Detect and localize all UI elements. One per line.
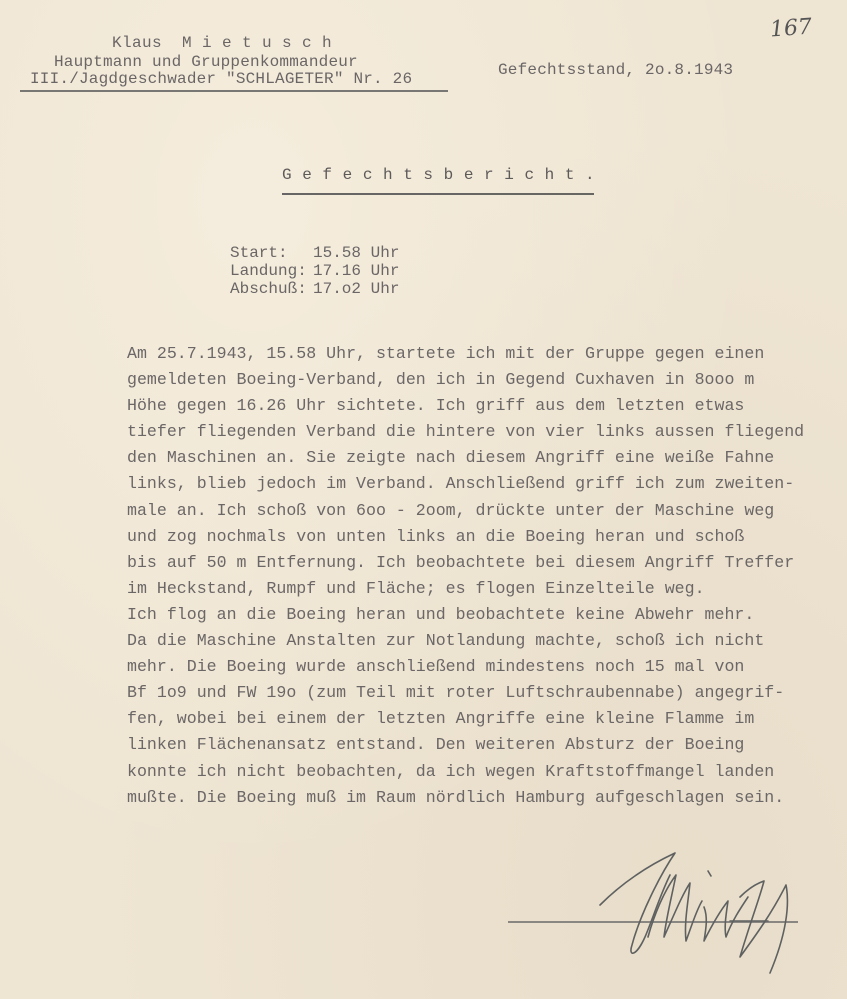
time-label: Abschuß:	[230, 280, 313, 298]
document-page: 167 Klaus M i e t u s c h Hauptmann und …	[0, 0, 847, 999]
body-line: bis auf 50 m Entfernung. Ich beobachtete…	[127, 550, 847, 576]
author-rank: Hauptmann und Gruppenkommandeur	[54, 53, 358, 71]
document-title: G e f e c h t s b e r i c h t .	[282, 166, 595, 184]
page-number: 167	[769, 15, 813, 43]
time-row-start: Start: 15.58 Uhr	[230, 244, 399, 262]
author-name: Klaus M i e t u s c h	[112, 34, 332, 52]
report-body: Am 25.7.1943, 15.58 Uhr, startete ich mi…	[127, 341, 847, 811]
body-line: mußte. Die Boeing muß im Raum nördlich H…	[127, 785, 847, 811]
body-line: Da die Maschine Anstalten zur Notlandung…	[127, 628, 847, 654]
body-line: mehr. Die Boeing wurde anschließend mind…	[127, 654, 847, 680]
times-table: Start: 15.58 Uhr Landung: 17.16 Uhr Absc…	[230, 244, 399, 298]
body-line: linken Flächenansatz entstand. Den weite…	[127, 732, 847, 758]
time-value: 17.16 Uhr	[313, 262, 399, 280]
title-underline	[282, 193, 594, 195]
body-line: fen, wobei bei einem der letzten Angriff…	[127, 706, 847, 732]
time-value: 15.58 Uhr	[313, 244, 399, 262]
time-row-landing: Landung: 17.16 Uhr	[230, 262, 399, 280]
body-line: tiefer fliegenden Verband die hintere vo…	[127, 419, 847, 445]
time-row-kill: Abschuß: 17.o2 Uhr	[230, 280, 399, 298]
signature-icon	[590, 845, 830, 985]
body-line: links, blieb jedoch im Verband. Anschlie…	[127, 471, 847, 497]
time-label: Start:	[230, 244, 313, 262]
time-value: 17.o2 Uhr	[313, 280, 399, 298]
place-date: Gefechtsstand, 2o.8.1943	[498, 61, 733, 79]
body-line: Höhe gegen 16.26 Uhr sichtete. Ich griff…	[127, 393, 847, 419]
time-label: Landung:	[230, 262, 313, 280]
body-line: und zog nochmals von unten links an die …	[127, 524, 847, 550]
body-line: im Heckstand, Rumpf und Fläche; es floge…	[127, 576, 847, 602]
body-line: gemeldeten Boeing-Verband, den ich in Ge…	[127, 367, 847, 393]
body-line: den Maschinen an. Sie zeigte nach diesem…	[127, 445, 847, 471]
body-line: Bf 1o9 und FW 19o (zum Teil mit roter Lu…	[127, 680, 847, 706]
body-line: male an. Ich schoß von 6oo - 2oom, drück…	[127, 498, 847, 524]
body-line: Am 25.7.1943, 15.58 Uhr, startete ich mi…	[127, 341, 847, 367]
header-underline	[20, 90, 448, 92]
body-line: konnte ich nicht beobachten, da ich wege…	[127, 759, 847, 785]
author-unit: III./Jagdgeschwader "SCHLAGETER" Nr. 26	[30, 70, 412, 88]
body-line: Ich flog an die Boeing heran und beobach…	[127, 602, 847, 628]
